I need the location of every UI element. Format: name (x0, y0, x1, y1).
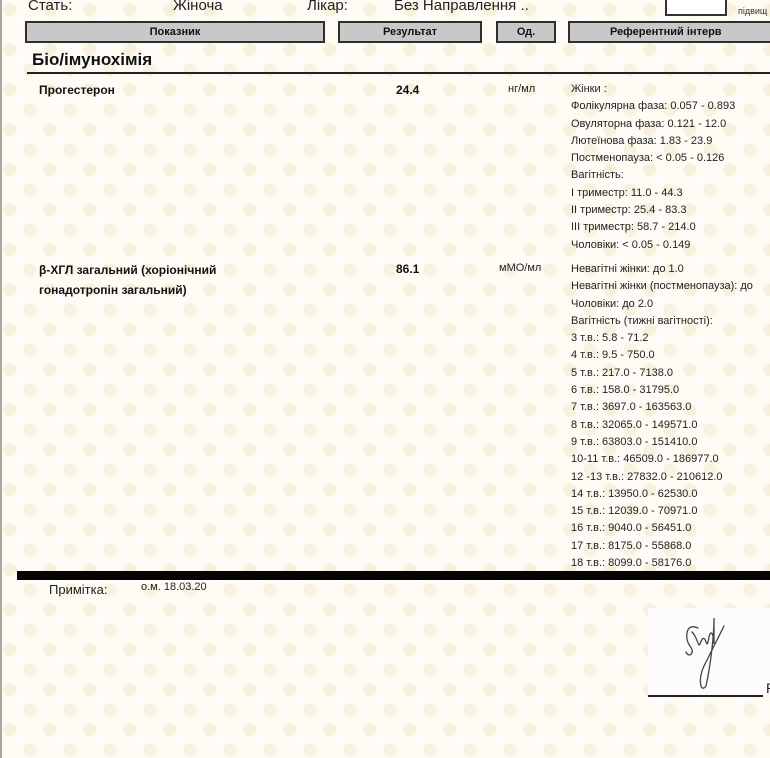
test-name-line-1: β-ХГЛ загальний (хоріонічний (39, 260, 216, 280)
reference-range-item: 4 т.в.: 9.5 - 750.0 (571, 347, 753, 364)
reference-range-item: 12 -13 т.в.: 27832.0 - 210612.0 (571, 469, 753, 486)
reference-range-item: Невагітні жінки (постменопауза): до (571, 278, 753, 295)
reference-range-item: 16 т.в.: 9040.0 - 56451.0 (571, 520, 753, 537)
reference-range-item: Вагітність: (571, 167, 735, 184)
test-unit: мМО/мл (499, 262, 541, 274)
reference-range-item: Жінки : (571, 81, 735, 98)
sex-value: Жіноча (173, 0, 223, 14)
reference-range-list: Жінки :Фолікулярна фаза: 0.057 - 0.893Ов… (571, 81, 735, 254)
column-header-unit: Од. (496, 21, 556, 43)
reference-range-item: 8 т.в.: 32065.0 - 149571.0 (571, 417, 753, 434)
reference-range-item: Овуляторна фаза: 0.121 - 12.0 (571, 116, 735, 133)
doctor-value: Без Направлення .. (394, 0, 529, 14)
section-divider (27, 72, 770, 74)
reference-range-item: III триместр: 58.7 - 214.0 (571, 219, 735, 236)
reference-range-item: 17 т.в.: 8175.0 - 55868.0 (571, 538, 753, 555)
reference-range-item: Фолікулярна фаза: 0.057 - 0.893 (571, 98, 735, 115)
stamp-box (665, 0, 727, 16)
reference-range-item: 5 т.в.: 217.0 - 7138.0 (571, 365, 753, 382)
reference-range-item: 18 т.в.: 8099.0 - 58176.0 (571, 555, 753, 572)
column-header-reference: Референтний інтерв (568, 21, 770, 43)
stamp-caption: підвищ (738, 6, 767, 16)
signature-trailing-text: Р (766, 680, 770, 696)
note-value: о.м. 18.03.20 (141, 581, 207, 593)
reference-range-item: II триместр: 25.4 - 83.3 (571, 202, 735, 219)
reference-range-list: Невагітні жінки: до 1.0Невагітні жінки (… (571, 261, 753, 572)
reference-range-item: Вагітність (тижні вагітності): (571, 313, 753, 330)
reference-range-item: Чоловіки: < 0.05 - 0.149 (571, 237, 735, 254)
reference-range-item: 7 т.в.: 3697.0 - 163563.0 (571, 399, 753, 416)
column-header-result: Результат (338, 21, 482, 43)
reference-range-item: 3 т.в.: 5.8 - 71.2 (571, 330, 753, 347)
footer-divider-bar (17, 571, 770, 580)
note-label: Примітка: (49, 582, 107, 597)
reference-range-item: Лютеїнова фаза: 1.83 - 23.9 (571, 133, 735, 150)
reference-range-item: 9 т.в.: 63803.0 - 151410.0 (571, 434, 753, 451)
reference-range-item: Невагітні жінки: до 1.0 (571, 261, 753, 278)
reference-range-item: 15 т.в.: 12039.0 - 70971.0 (571, 503, 753, 520)
page-left-border (0, 0, 2, 758)
reference-range-item: 14 т.в.: 13950.0 - 62530.0 (571, 486, 753, 503)
test-name: Прогестерон (39, 80, 115, 100)
test-result: 86.1 (396, 262, 419, 276)
column-header-indicator: Показник (25, 21, 325, 43)
sex-label: Стать: (28, 0, 72, 14)
reference-range-item: Чоловіки: до 2.0 (571, 296, 753, 313)
reference-range-item: 10-11 т.в.: 46509.0 - 186977.0 (571, 451, 753, 468)
signature-area (648, 608, 770, 696)
test-name-line-2: гонадотропін загальний) (39, 280, 187, 300)
test-result: 24.4 (396, 83, 419, 97)
reference-range-item: I триместр: 11.0 - 44.3 (571, 185, 735, 202)
section-title: Біо/імунохімія (32, 50, 152, 70)
reference-range-item: Постменопауза: < 0.05 - 0.126 (571, 150, 735, 167)
reference-range-item: 6 т.в.: 158.0 - 31795.0 (571, 382, 753, 399)
doctor-label: Лікар: (307, 0, 348, 14)
test-unit: нг/мл (508, 83, 535, 95)
signature-line (648, 695, 763, 697)
signature-icon (648, 608, 770, 696)
